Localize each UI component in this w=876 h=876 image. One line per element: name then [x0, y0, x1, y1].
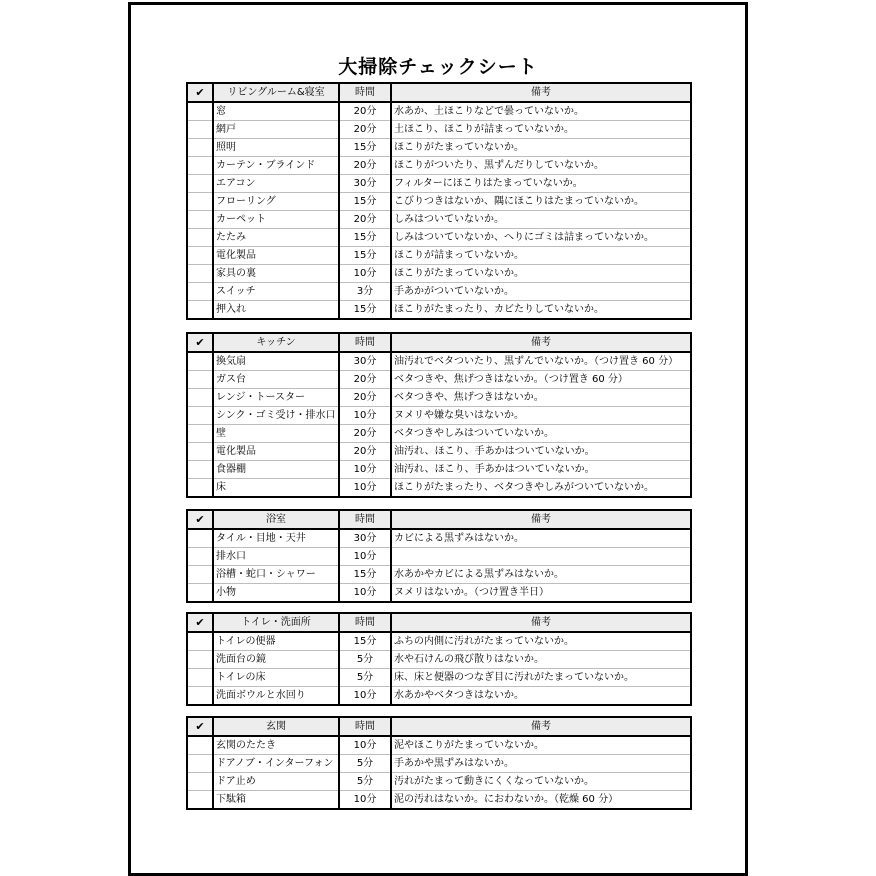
table-row: 押入れ15分ほこりがたまったり、カビたりしていないか。 — [187, 301, 691, 320]
item-note: ベタつきやしみはついていないか。 — [391, 425, 691, 443]
item-time: 10分 — [339, 791, 391, 810]
item-name: 床 — [213, 479, 339, 498]
section-title: 玄関 — [213, 717, 339, 736]
checkbox-cell[interactable] — [187, 736, 213, 755]
section-title: リビングルーム&寝室 — [213, 83, 339, 102]
time-header: 時間 — [339, 613, 391, 632]
item-time: 15分 — [339, 632, 391, 651]
item-note: カビによる黒ずみはないか。 — [391, 529, 691, 548]
table-row: 換気扇30分油汚れでベタついたり、黒ずんでいないか。（つけ置き 60 分） — [187, 352, 691, 371]
checklist-section: ✔トイレ・洗面所時間備考トイレの便器15分ふちの内側に汚れがたまっていないか。洗… — [186, 612, 690, 706]
section-title: トイレ・洗面所 — [213, 613, 339, 632]
checklist-table: ✔浴室時間備考タイル・目地・天井30分カビによる黒ずみはないか。排水口10分浴槽… — [186, 509, 692, 603]
item-note: ほこりがついたり、黒ずんだりしていないか。 — [391, 157, 691, 175]
checkbox-cell[interactable] — [187, 687, 213, 706]
table-row: スイッチ3分手あかがついていないか。 — [187, 283, 691, 301]
item-name: カーテン・ブラインド — [213, 157, 339, 175]
check-header-icon: ✔ — [187, 333, 213, 352]
item-name: ドアノブ・インターフォン — [213, 755, 339, 773]
item-name: 電化製品 — [213, 443, 339, 461]
table-row: 洗面台の鏡5分水や石けんの飛び散りはないか。 — [187, 651, 691, 669]
checkbox-cell[interactable] — [187, 529, 213, 548]
table-row: ドアノブ・インターフォン5分手あかや黒ずみはないか。 — [187, 755, 691, 773]
table-row: 排水口10分 — [187, 548, 691, 566]
item-time: 15分 — [339, 139, 391, 157]
checklist-table: ✔トイレ・洗面所時間備考トイレの便器15分ふちの内側に汚れがたまっていないか。洗… — [186, 612, 692, 706]
checklist-table: ✔リビングルーム&寝室時間備考窓20分水あか、土ほこりなどで曇っていないか。網戸… — [186, 82, 692, 320]
item-name: 網戸 — [213, 121, 339, 139]
item-name: トイレの床 — [213, 669, 339, 687]
item-time: 10分 — [339, 461, 391, 479]
item-time: 15分 — [339, 193, 391, 211]
item-time: 15分 — [339, 566, 391, 584]
item-name: 小物 — [213, 584, 339, 603]
item-note: 油汚れでベタついたり、黒ずんでいないか。（つけ置き 60 分） — [391, 352, 691, 371]
checkbox-cell[interactable] — [187, 548, 213, 566]
table-row: エアコン30分フィルターにほこりはたまっていないか。 — [187, 175, 691, 193]
checklist-table: ✔キッチン時間備考換気扇30分油汚れでベタついたり、黒ずんでいないか。（つけ置き… — [186, 332, 692, 498]
time-header: 時間 — [339, 83, 391, 102]
item-name: 壁 — [213, 425, 339, 443]
table-row: 照明15分ほこりがたまっていないか。 — [187, 139, 691, 157]
notes-header: 備考 — [391, 613, 691, 632]
checkbox-cell[interactable] — [187, 229, 213, 247]
item-time: 5分 — [339, 669, 391, 687]
item-note: ほこりがたまったり、ベタつきやしみがついていないか。 — [391, 479, 691, 498]
item-note: ベタつきや、焦げつきはないか。（つけ置き 60 分） — [391, 371, 691, 389]
item-time: 5分 — [339, 773, 391, 791]
table-row: カーペット20分しみはついていないか。 — [187, 211, 691, 229]
notes-header: 備考 — [391, 83, 691, 102]
checkbox-cell[interactable] — [187, 632, 213, 651]
checkbox-cell[interactable] — [187, 121, 213, 139]
item-note: 土ほこり、ほこりが詰まっていないか。 — [391, 121, 691, 139]
table-row: 窓20分水あか、土ほこりなどで曇っていないか。 — [187, 102, 691, 121]
check-header-icon: ✔ — [187, 510, 213, 529]
item-time: 10分 — [339, 687, 391, 706]
item-name: エアコン — [213, 175, 339, 193]
item-time: 20分 — [339, 371, 391, 389]
checkbox-cell[interactable] — [187, 566, 213, 584]
item-note: 手あかがついていないか。 — [391, 283, 691, 301]
item-name: シンク・ゴミ受け・排水口 — [213, 407, 339, 425]
checkbox-cell[interactable] — [187, 247, 213, 265]
table-header-row: ✔リビングルーム&寝室時間備考 — [187, 83, 691, 102]
item-time: 20分 — [339, 425, 391, 443]
check-header-icon: ✔ — [187, 717, 213, 736]
table-row: 壁20分ベタつきやしみはついていないか。 — [187, 425, 691, 443]
item-note: 泥やほこりがたまっていないか。 — [391, 736, 691, 755]
item-time: 20分 — [339, 443, 391, 461]
table-row: 電化製品20分油汚れ、ほこり、手あかはついていないか。 — [187, 443, 691, 461]
item-note: 泥の汚れはないか。におわないか。（乾燥 60 分） — [391, 791, 691, 810]
item-note — [391, 548, 691, 566]
section-title: キッチン — [213, 333, 339, 352]
item-time: 20分 — [339, 121, 391, 139]
item-name: 家具の裏 — [213, 265, 339, 283]
table-header-row: ✔玄関時間備考 — [187, 717, 691, 736]
item-name: 洗面台の鏡 — [213, 651, 339, 669]
item-note: 水あかやカビによる黒ずみはないか。 — [391, 566, 691, 584]
item-name: トイレの便器 — [213, 632, 339, 651]
item-note: 油汚れ、ほこり、手あかはついていないか。 — [391, 461, 691, 479]
checklist-section: ✔リビングルーム&寝室時間備考窓20分水あか、土ほこりなどで曇っていないか。網戸… — [186, 82, 690, 320]
item-note: 油汚れ、ほこり、手あかはついていないか。 — [391, 443, 691, 461]
check-header-icon: ✔ — [187, 83, 213, 102]
notes-header: 備考 — [391, 510, 691, 529]
table-row: シンク・ゴミ受け・排水口10分ヌメリや嫌な臭いはないか。 — [187, 407, 691, 425]
item-note: 汚れがたまって動きにくくなっていないか。 — [391, 773, 691, 791]
item-note: こびりつきはないか、隅にほこりはたまっていないか。 — [391, 193, 691, 211]
item-note: ヌメリはないか。（つけ置き半日） — [391, 584, 691, 603]
table-row: トイレの便器15分ふちの内側に汚れがたまっていないか。 — [187, 632, 691, 651]
item-time: 10分 — [339, 265, 391, 283]
checkbox-cell[interactable] — [187, 352, 213, 371]
time-header: 時間 — [339, 510, 391, 529]
item-time: 30分 — [339, 529, 391, 548]
checklist-section: ✔玄関時間備考玄関のたたき10分泥やほこりがたまっていないか。ドアノブ・インター… — [186, 716, 690, 810]
table-row: 食器棚10分油汚れ、ほこり、手あかはついていないか。 — [187, 461, 691, 479]
checkbox-cell[interactable] — [187, 157, 213, 175]
checkbox-cell[interactable] — [187, 139, 213, 157]
item-name: スイッチ — [213, 283, 339, 301]
item-name: 押入れ — [213, 301, 339, 320]
checkbox-cell[interactable] — [187, 461, 213, 479]
item-note: 手あかや黒ずみはないか。 — [391, 755, 691, 773]
item-time: 10分 — [339, 736, 391, 755]
item-name: 換気扇 — [213, 352, 339, 371]
item-time: 15分 — [339, 301, 391, 320]
table-header-row: ✔キッチン時間備考 — [187, 333, 691, 352]
item-note: ふちの内側に汚れがたまっていないか。 — [391, 632, 691, 651]
item-note: ほこりがたまったり、カビたりしていないか。 — [391, 301, 691, 320]
page-title: 大掃除チェックシート — [0, 52, 876, 79]
table-row: 電化製品15分ほこりが詰まっていないか。 — [187, 247, 691, 265]
table-row: フローリング15分こびりつきはないか、隅にほこりはたまっていないか。 — [187, 193, 691, 211]
table-row: ドア止め5分汚れがたまって動きにくくなっていないか。 — [187, 773, 691, 791]
table-row: 浴槽・蛇口・シャワー15分水あかやカビによる黒ずみはないか。 — [187, 566, 691, 584]
checkbox-cell[interactable] — [187, 193, 213, 211]
time-header: 時間 — [339, 717, 391, 736]
item-time: 15分 — [339, 247, 391, 265]
table-row: レンジ・トースター20分ベタつきや、焦げつきはないか。 — [187, 389, 691, 407]
checkbox-cell[interactable] — [187, 584, 213, 603]
item-time: 10分 — [339, 407, 391, 425]
checkbox-cell[interactable] — [187, 755, 213, 773]
time-header: 時間 — [339, 333, 391, 352]
checklist-section: ✔浴室時間備考タイル・目地・天井30分カビによる黒ずみはないか。排水口10分浴槽… — [186, 509, 690, 603]
table-row: 洗面ボウルと水回り10分水あかやベタつきはないか。 — [187, 687, 691, 706]
checkbox-cell[interactable] — [187, 283, 213, 301]
checkbox-cell[interactable] — [187, 301, 213, 320]
item-name: フローリング — [213, 193, 339, 211]
item-note: ヌメリや嫌な臭いはないか。 — [391, 407, 691, 425]
item-note: 水あかやベタつきはないか。 — [391, 687, 691, 706]
section-title: 浴室 — [213, 510, 339, 529]
checkbox-cell[interactable] — [187, 425, 213, 443]
checkbox-cell[interactable] — [187, 407, 213, 425]
item-note: 水あか、土ほこりなどで曇っていないか。 — [391, 102, 691, 121]
table-row: 小物10分ヌメリはないか。（つけ置き半日） — [187, 584, 691, 603]
table-row: タイル・目地・天井30分カビによる黒ずみはないか。 — [187, 529, 691, 548]
item-name: 玄関のたたき — [213, 736, 339, 755]
table-row: 床10分ほこりがたまったり、ベタつきやしみがついていないか。 — [187, 479, 691, 498]
item-name: 窓 — [213, 102, 339, 121]
item-time: 20分 — [339, 157, 391, 175]
checkbox-cell[interactable] — [187, 175, 213, 193]
checklist-table: ✔玄関時間備考玄関のたたき10分泥やほこりがたまっていないか。ドアノブ・インター… — [186, 716, 692, 810]
checkbox-cell[interactable] — [187, 102, 213, 121]
item-name: ドア止め — [213, 773, 339, 791]
table-row: カーテン・ブラインド20分ほこりがついたり、黒ずんだりしていないか。 — [187, 157, 691, 175]
item-time: 20分 — [339, 102, 391, 121]
item-name: 排水口 — [213, 548, 339, 566]
item-time: 10分 — [339, 479, 391, 498]
item-time: 30分 — [339, 352, 391, 371]
item-time: 10分 — [339, 548, 391, 566]
checkbox-cell[interactable] — [187, 443, 213, 461]
item-time: 5分 — [339, 755, 391, 773]
checkbox-cell[interactable] — [187, 651, 213, 669]
item-name: 照明 — [213, 139, 339, 157]
item-time: 15分 — [339, 229, 391, 247]
item-name: 洗面ボウルと水回り — [213, 687, 339, 706]
checkbox-cell[interactable] — [187, 265, 213, 283]
item-name: 食器棚 — [213, 461, 339, 479]
table-row: ガス台20分ベタつきや、焦げつきはないか。（つけ置き 60 分） — [187, 371, 691, 389]
item-time: 3分 — [339, 283, 391, 301]
table-header-row: ✔浴室時間備考 — [187, 510, 691, 529]
checkbox-cell[interactable] — [187, 211, 213, 229]
item-time: 20分 — [339, 211, 391, 229]
notes-header: 備考 — [391, 333, 691, 352]
table-row: 下駄箱10分泥の汚れはないか。におわないか。（乾燥 60 分） — [187, 791, 691, 810]
item-name: 下駄箱 — [213, 791, 339, 810]
checkbox-cell[interactable] — [187, 389, 213, 407]
item-time: 10分 — [339, 584, 391, 603]
checklist-section: ✔キッチン時間備考換気扇30分油汚れでベタついたり、黒ずんでいないか。（つけ置き… — [186, 332, 690, 498]
table-row: 家具の裏10分ほこりがたまっていないか。 — [187, 265, 691, 283]
item-note: ほこりがたまっていないか。 — [391, 265, 691, 283]
table-row: トイレの床5分床、床と便器のつなぎ目に汚れがたまっていないか。 — [187, 669, 691, 687]
item-name: レンジ・トースター — [213, 389, 339, 407]
checkbox-cell[interactable] — [187, 773, 213, 791]
item-note: 水や石けんの飛び散りはないか。 — [391, 651, 691, 669]
item-time: 5分 — [339, 651, 391, 669]
checkbox-cell[interactable] — [187, 791, 213, 810]
check-header-icon: ✔ — [187, 613, 213, 632]
item-name: 浴槽・蛇口・シャワー — [213, 566, 339, 584]
checkbox-cell[interactable] — [187, 479, 213, 498]
item-name: ガス台 — [213, 371, 339, 389]
item-note: しみはついていないか。 — [391, 211, 691, 229]
table-row: 玄関のたたき10分泥やほこりがたまっていないか。 — [187, 736, 691, 755]
checkbox-cell[interactable] — [187, 669, 213, 687]
item-note: ほこりがたまっていないか。 — [391, 139, 691, 157]
item-note: しみはついていないか、へりにゴミは詰まっていないか。 — [391, 229, 691, 247]
item-name: 電化製品 — [213, 247, 339, 265]
item-note: 床、床と便器のつなぎ目に汚れがたまっていないか。 — [391, 669, 691, 687]
item-note: ほこりが詰まっていないか。 — [391, 247, 691, 265]
table-row: たたみ15分しみはついていないか、へりにゴミは詰まっていないか。 — [187, 229, 691, 247]
notes-header: 備考 — [391, 717, 691, 736]
item-note: ベタつきや、焦げつきはないか。 — [391, 389, 691, 407]
checkbox-cell[interactable] — [187, 371, 213, 389]
item-name: タイル・目地・天井 — [213, 529, 339, 548]
table-row: 網戸20分土ほこり、ほこりが詰まっていないか。 — [187, 121, 691, 139]
item-name: たたみ — [213, 229, 339, 247]
item-time: 20分 — [339, 389, 391, 407]
item-time: 30分 — [339, 175, 391, 193]
table-header-row: ✔トイレ・洗面所時間備考 — [187, 613, 691, 632]
item-name: カーペット — [213, 211, 339, 229]
item-note: フィルターにほこりはたまっていないか。 — [391, 175, 691, 193]
